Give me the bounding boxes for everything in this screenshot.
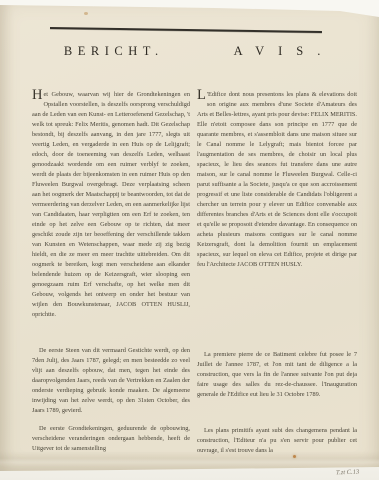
french-column: AVIS. L'Edifice dont nous presentons les… xyxy=(197,0,357,472)
dutch-column: BERICHT. Het Gebouw, waarvan wij hier de… xyxy=(32,0,190,472)
fox-stain-top xyxy=(84,12,88,15)
dutch-paragraph-1: Het Gebouw, waarvan wij hier de Grondtek… xyxy=(32,90,190,320)
paper-sheet: BERICHT. Het Gebouw, waarvan wij hier de… xyxy=(0,0,379,472)
dutch-paragraph-2: De eerste Steen van dit vermaard Gestich… xyxy=(32,346,190,416)
french-paragraph-2: La premiere pierre de ce Batiment celebr… xyxy=(197,350,357,400)
french-drop-cap: L xyxy=(197,90,206,101)
dutch-heading: BERICHT. xyxy=(32,44,190,59)
french-heading: AVIS. xyxy=(197,44,357,59)
dutch-drop-cap: H xyxy=(32,90,42,101)
french-paragraph-3: Les plans primitifs ayant subi des chang… xyxy=(197,426,357,456)
inventory-inscription: T.zt C.13 xyxy=(336,469,359,477)
french-paragraph-1: L'Edifice dont nous presentons les plans… xyxy=(197,90,357,270)
french-paragraph-1-text: 'Edifice dont nous presentons les plans … xyxy=(197,91,357,268)
fox-stain-bottom xyxy=(293,455,296,458)
dutch-paragraph-1-text: et Gebouw, waarvan wij hier de Grondteke… xyxy=(32,91,190,318)
dutch-paragraph-3: De eerste Grondtekeningen, geduurende de… xyxy=(32,424,190,454)
